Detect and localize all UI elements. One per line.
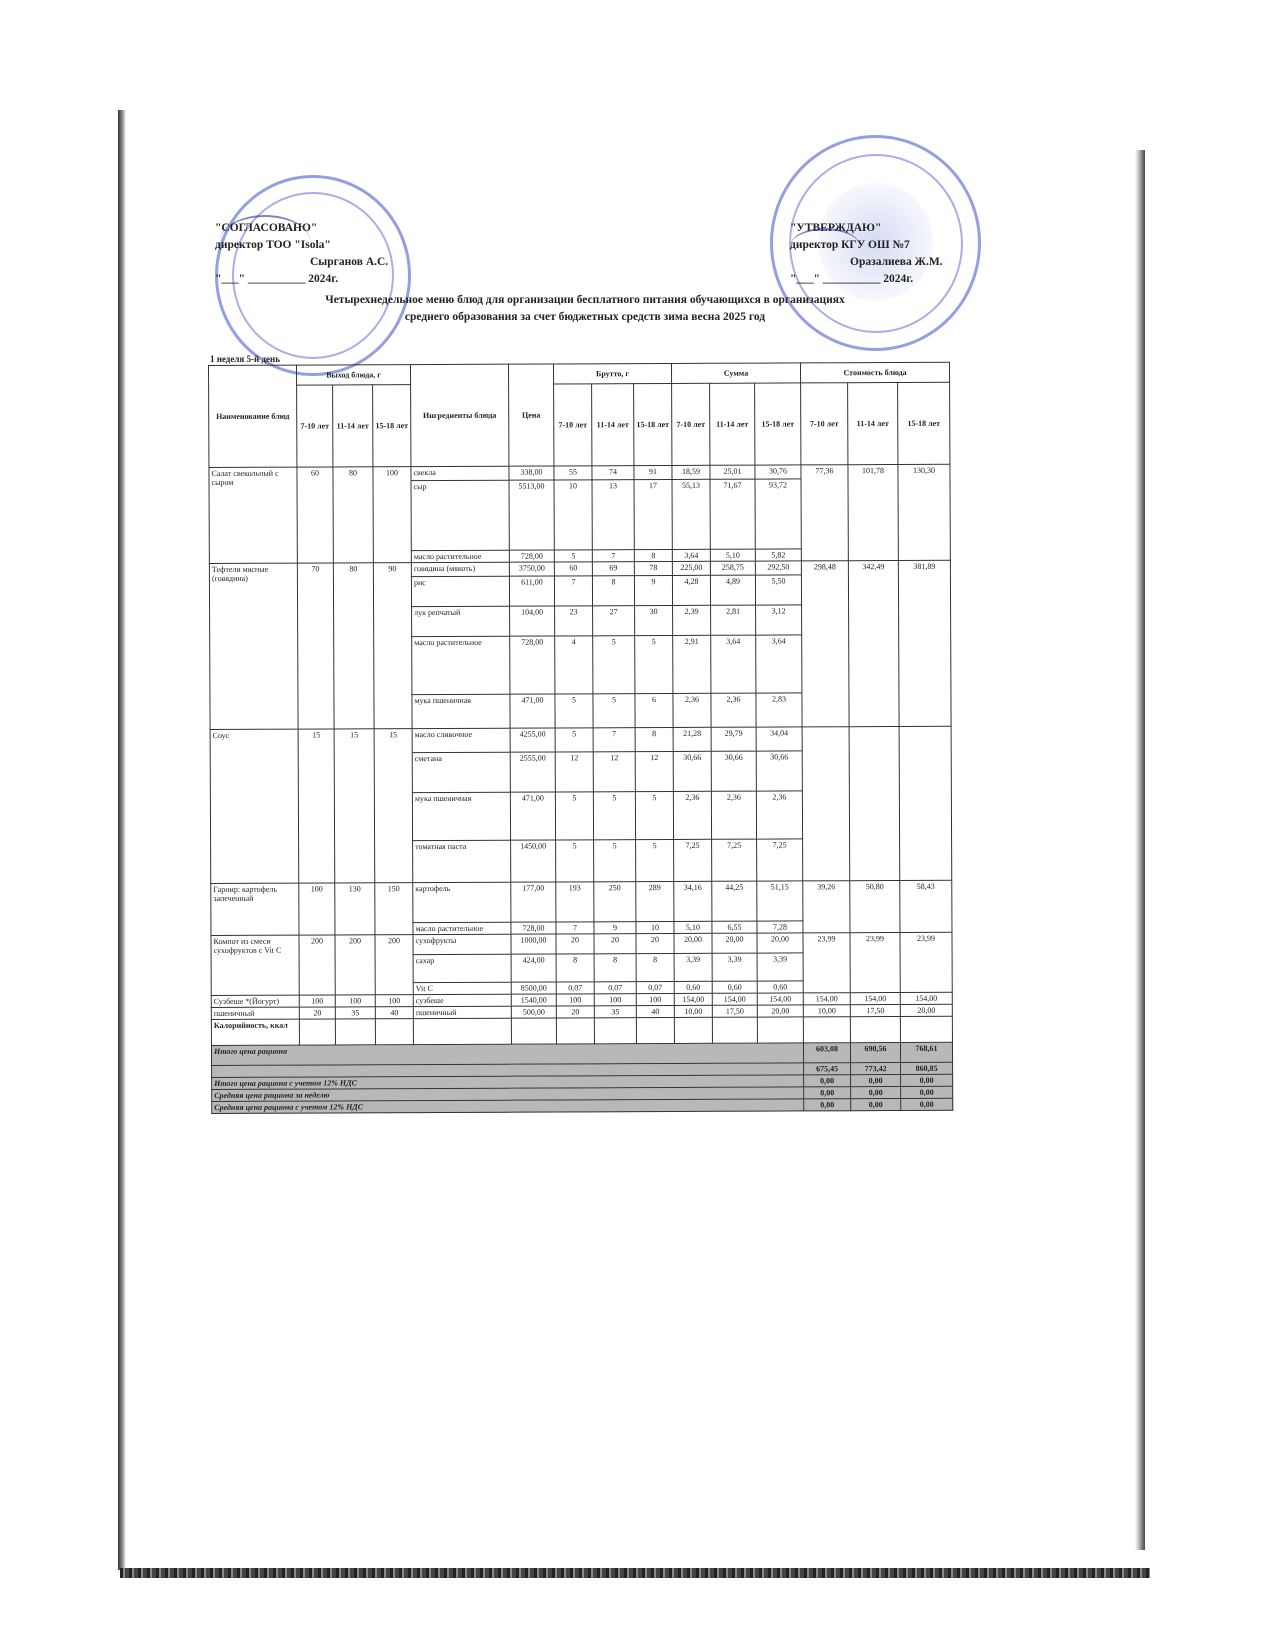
dish-cost xyxy=(802,727,850,881)
ingredient-sum: 2,36 xyxy=(673,791,711,839)
dish-yield: 100 xyxy=(335,995,375,1007)
ingredient-name: пшеничный xyxy=(413,1006,511,1018)
ingredient-gross: 27 xyxy=(593,606,635,636)
ingredient-sum: 3,64 xyxy=(711,635,756,693)
dish-cost xyxy=(899,726,952,880)
dish-yield: 90 xyxy=(373,563,412,729)
ingredient-name: мука пшеничная xyxy=(412,792,510,840)
ingredient-sum: 55,13 xyxy=(672,479,710,549)
dish-cost: 101,78 xyxy=(848,464,898,560)
ingredient-sum: 30,76 xyxy=(755,465,801,479)
totals-value: 0,00 xyxy=(901,1086,953,1098)
dish-name: Тефтели мясные (говядина) xyxy=(209,563,298,729)
dish-yield: 80 xyxy=(333,467,373,563)
ingredient-gross: 6 xyxy=(635,693,673,727)
ingredient-price: 338,00 xyxy=(509,466,554,480)
ingredient-gross: 5 xyxy=(594,840,636,882)
ingredient-price: 1000,00 xyxy=(511,934,556,954)
week-label: 1 неделя 5-й день xyxy=(210,354,280,364)
header-age-15-18: 15-18 лет xyxy=(898,382,950,464)
ingredient-gross: 91 xyxy=(634,465,672,479)
empty-cell xyxy=(511,1018,556,1044)
ingredient-gross: 35 xyxy=(594,1006,636,1018)
ingredient-sum: 29,79 xyxy=(711,727,756,751)
ingredient-sum: 7,25 xyxy=(757,839,803,881)
ingredient-name: мука пшеничная xyxy=(412,694,510,728)
dish-yield: 200 xyxy=(375,935,413,995)
empty-cell xyxy=(900,1016,952,1042)
empty-cell xyxy=(636,1017,674,1043)
ingredient-gross: 55 xyxy=(554,466,592,480)
ingredient-sum: 4,28 xyxy=(672,575,710,605)
ingredient-sum: 7,25 xyxy=(712,839,757,881)
ingredient-sum: 93,72 xyxy=(755,479,801,549)
dish-name: Компот из смеси сухофруктов с Vit C xyxy=(211,935,299,995)
ingredient-sum: 2,91 xyxy=(673,635,711,693)
signature-left xyxy=(220,215,310,267)
totals-value: 0,00 xyxy=(804,1087,851,1099)
ingredient-sum: 0,60 xyxy=(757,981,803,993)
ingredient-name: масло растительное xyxy=(411,550,509,562)
ingredient-gross: 7 xyxy=(556,922,594,934)
dish-yield: 15 xyxy=(374,729,413,883)
ingredient-sum: 4,89 xyxy=(710,575,755,605)
empty-cell xyxy=(803,1017,850,1043)
calories-label: Калорийность, ккал xyxy=(211,1019,299,1045)
ingredient-name: сахар xyxy=(413,954,511,982)
totals-value: 0,00 xyxy=(851,1086,901,1098)
ingredient-sum: 21,28 xyxy=(673,727,711,751)
ingredient-gross: 7 xyxy=(554,576,592,606)
ingredient-gross: 20 xyxy=(636,933,674,953)
ingredient-sum: 2,36 xyxy=(756,791,802,839)
ingredient-sum: 34,16 xyxy=(674,881,712,921)
header-price: Цена xyxy=(508,364,553,466)
title-line-2: среднего образования за счет бюджетных с… xyxy=(305,309,865,326)
header-yield: Выход блюда, г xyxy=(297,365,411,385)
ingredient-sum: 2,36 xyxy=(711,693,756,727)
ingredient-gross: 10 xyxy=(636,921,674,933)
totals-label: Средняя цена рациона с учетом 12% НДС xyxy=(212,1099,804,1114)
ingredient-gross: 20 xyxy=(556,934,594,954)
totals-value: 860,85 xyxy=(901,1062,953,1074)
header-age-11-14: 11-14 лет xyxy=(710,383,755,465)
ingredient-sum: 44,25 xyxy=(712,881,757,921)
ingredient-gross: 13 xyxy=(592,480,634,550)
ingredient-gross: 100 xyxy=(636,993,674,1005)
ingredient-sum: 3,64 xyxy=(756,635,802,693)
header-gross: Брутто, г xyxy=(553,363,671,384)
dish-cost: 298,48 xyxy=(801,561,849,727)
ingredient-sum: 3,39 xyxy=(757,953,803,981)
ingredient-sum: 154,00 xyxy=(674,993,712,1005)
dish-cost: 20,00 xyxy=(900,1004,952,1016)
ingredient-gross: 20 xyxy=(556,1006,594,1018)
ingredient-sum: 3,64 xyxy=(672,549,710,561)
ingredient-sum: 20,00 xyxy=(757,933,803,953)
dish-name: Гарнир: картофель запеченный xyxy=(211,883,299,935)
header-age-11-14: 11-14 лет xyxy=(848,382,898,464)
dish-name: Салат свекольный с сыром xyxy=(209,467,297,563)
ingredient-price: 471,00 xyxy=(510,792,555,840)
ingredient-gross: 8 xyxy=(594,954,636,982)
empty-cell xyxy=(375,1019,413,1045)
ingredient-gross: 5 xyxy=(555,694,593,728)
ingredient-gross: 40 xyxy=(636,1005,674,1017)
ingredient-gross: 100 xyxy=(556,994,594,1006)
ingredient-gross: 100 xyxy=(594,994,636,1006)
ingredient-price: 177,00 xyxy=(511,882,556,922)
ingredient-sum: 2,81 xyxy=(711,605,756,635)
ingredient-gross: 7 xyxy=(592,550,634,562)
dish-cost: 154,00 xyxy=(900,992,952,1004)
dish-yield: 20 xyxy=(299,1007,335,1019)
ingredient-gross: 0,07 xyxy=(556,982,594,994)
dish-yield: 70 xyxy=(297,563,334,729)
dish-name: Соус xyxy=(210,729,299,883)
calories-row: Калорийность, ккал xyxy=(211,1016,952,1045)
ingredient-gross: 30 xyxy=(635,605,673,635)
totals-value: 0,00 xyxy=(804,1075,851,1087)
dish-cost: 154,00 xyxy=(803,993,850,1005)
ingredient-name: Vit C xyxy=(413,982,511,994)
dish-cost: 23,99 xyxy=(850,932,900,992)
ingredient-gross: 5 xyxy=(554,550,592,562)
header-sum: Сумма xyxy=(671,363,800,384)
ingredient-gross: 9 xyxy=(634,575,672,605)
dish-cost: 154,00 xyxy=(850,992,900,1004)
ingredient-price: 611,00 xyxy=(509,576,554,606)
scan-edge-left xyxy=(118,110,126,1570)
dish-yield: 100 xyxy=(373,467,411,563)
ingredient-gross: 23 xyxy=(555,606,593,636)
dish-yield: 130 xyxy=(335,883,375,935)
ingredient-sum: 5,82 xyxy=(755,549,801,561)
header-ingredients: Ингредиенты блюда xyxy=(411,364,509,466)
header-age-7-10: 7-10 лет xyxy=(554,384,592,466)
header-age-7-10: 7-10 лет xyxy=(801,383,848,465)
ingredient-gross: 74 xyxy=(592,466,634,480)
empty-cell xyxy=(712,1017,757,1043)
empty-cell xyxy=(594,1018,636,1044)
dish-cost: 130,30 xyxy=(898,464,950,560)
ingredient-sum: 34,04 xyxy=(756,727,802,751)
empty-cell xyxy=(556,1018,594,1044)
ingredient-gross: 8 xyxy=(556,954,594,982)
totals-label: Итого цена рациона xyxy=(211,1043,803,1066)
ingredient-sum: 0,60 xyxy=(712,981,757,993)
ingredient-price: 104,00 xyxy=(510,606,555,636)
ingredient-sum: 2,36 xyxy=(673,693,711,727)
ingredient-gross: 5 xyxy=(593,792,635,840)
ingredient-name: масло растительное xyxy=(413,922,511,934)
ingredient-sum: 20,00 xyxy=(757,1005,803,1017)
ingredient-sum: 292,50 xyxy=(755,561,801,575)
signature-right xyxy=(790,228,860,265)
ingredient-sum: 3,12 xyxy=(756,605,802,635)
table-row: Соус151515масло сливочное4255,0057821,28… xyxy=(210,726,951,753)
ingredient-gross: 5 xyxy=(593,694,635,728)
dish-yield: 15 xyxy=(298,729,335,883)
ingredient-sum: 5,50 xyxy=(755,575,801,605)
dish-cost: 39,26 xyxy=(803,881,850,933)
ingredient-gross: 5 xyxy=(555,728,593,752)
ingredient-gross: 69 xyxy=(592,562,634,576)
totals-value: 0,00 xyxy=(851,1098,901,1110)
dish-cost: 10,00 xyxy=(803,1005,850,1017)
header-age-7-10: 7-10 лет xyxy=(672,383,710,465)
ingredient-gross: 8 xyxy=(635,727,673,751)
ingredient-gross: 12 xyxy=(593,752,635,792)
ingredient-sum: 18,59 xyxy=(672,465,710,479)
dish-yield: 40 xyxy=(375,1007,413,1019)
dish-cost: 23,99 xyxy=(803,933,850,993)
scan-edge-bottom xyxy=(120,1568,1150,1578)
ingredient-sum: 6,55 xyxy=(712,921,757,933)
ingredient-sum: 20,00 xyxy=(674,933,712,953)
totals-value: 0,00 xyxy=(851,1074,901,1086)
ingredient-name: лук репчатый xyxy=(412,606,510,636)
dish-cost: 58,43 xyxy=(900,880,952,932)
ingredient-sum: 3,39 xyxy=(674,953,712,981)
header-cost: Стоимость блюда xyxy=(800,362,949,383)
ingredient-price: 1540,00 xyxy=(511,994,556,1006)
header-dish-name: Наименование блюд xyxy=(209,365,297,467)
table-row: Компот из смеси сухофруктов с Vit C20020… xyxy=(211,932,952,955)
ingredient-gross: 5 xyxy=(635,791,673,839)
header-age-11-14: 11-14 лет xyxy=(592,384,634,466)
ingredient-sum: 17,50 xyxy=(712,1005,757,1017)
totals-value: 0,00 xyxy=(901,1098,953,1110)
ingredient-price: 8500,00 xyxy=(511,982,556,994)
ingredient-gross: 60 xyxy=(554,562,592,576)
dish-cost: 23,99 xyxy=(900,932,952,992)
header-age-15-18: 15-18 лет xyxy=(634,383,672,465)
ingredient-name: масло растительное xyxy=(412,636,510,694)
ingredient-gross: 0,07 xyxy=(594,982,636,994)
ingredient-name: рис xyxy=(411,576,509,606)
ingredient-sum: 225,00 xyxy=(672,561,710,575)
ingredient-name: сыр xyxy=(411,480,509,550)
ingredient-gross: 5 xyxy=(635,635,673,693)
ingredient-sum: 20,00 xyxy=(712,933,757,953)
ingredient-gross: 12 xyxy=(635,751,673,791)
ingredient-sum: 154,00 xyxy=(712,993,757,1005)
ingredient-gross: 4 xyxy=(555,636,593,694)
dish-yield: 15 xyxy=(334,729,375,883)
ingredient-name: сузбеше xyxy=(413,994,511,1006)
dish-yield: 35 xyxy=(335,1007,375,1019)
empty-cell xyxy=(674,1017,712,1043)
dish-yield: 60 xyxy=(297,467,333,563)
totals-value: 0,00 xyxy=(901,1074,953,1086)
ingredient-price: 3750,00 xyxy=(509,562,554,576)
dish-cost: 50,80 xyxy=(850,880,900,932)
ingredient-sum: 10,00 xyxy=(674,1005,712,1017)
dish-name: пшеничный xyxy=(211,1007,299,1019)
dish-yield: 200 xyxy=(299,935,335,995)
totals-row: Средняя цена рациона с учетом 12% НДС0,0… xyxy=(212,1098,953,1113)
totals-value: 773,42 xyxy=(851,1062,901,1074)
dish-yield: 100 xyxy=(299,995,335,1007)
ingredient-name: томатная паста xyxy=(413,840,511,882)
ingredient-sum: 258,75 xyxy=(710,561,755,575)
ingredient-price: 5513,00 xyxy=(509,480,554,550)
document-title: Четырехнедельное меню блюд для организац… xyxy=(305,292,865,326)
ingredient-price: 424,00 xyxy=(511,954,556,982)
table-row: Гарнир: картофель запеченный100130150кар… xyxy=(211,880,952,923)
ingredient-sum: 30,66 xyxy=(756,751,802,791)
dish-yield: 200 xyxy=(335,935,375,995)
ingredient-sum: 2,83 xyxy=(756,693,802,727)
ingredient-name: сметана xyxy=(412,752,510,792)
header-age-7-10: 7-10 лет xyxy=(297,385,333,467)
ingredient-price: 4255,00 xyxy=(510,728,555,752)
ingredient-gross: 78 xyxy=(634,561,672,575)
ingredient-price: 728,00 xyxy=(510,636,555,694)
ingredient-name: сухофрукты xyxy=(413,934,511,954)
ingredient-gross: 250 xyxy=(594,882,636,922)
ingredient-sum: 2,39 xyxy=(673,605,711,635)
ingredient-gross: 289 xyxy=(636,881,674,921)
dish-yield: 150 xyxy=(375,883,413,935)
dish-yield: 100 xyxy=(299,883,335,935)
ingredient-gross: 9 xyxy=(594,922,636,934)
ingredient-gross: 20 xyxy=(594,934,636,954)
empty-cell xyxy=(850,1016,900,1042)
totals-value: 603,08 xyxy=(803,1043,850,1063)
empty-cell xyxy=(757,1017,803,1043)
ingredient-gross: 5 xyxy=(555,792,593,840)
ingredient-sum: 2,36 xyxy=(711,791,756,839)
empty-cell xyxy=(335,1019,375,1045)
ingredient-sum: 30,66 xyxy=(673,751,711,791)
totals-value: 0,00 xyxy=(804,1099,851,1111)
ingredient-gross: 10 xyxy=(554,480,592,550)
ingredient-price: 728,00 xyxy=(511,922,556,934)
header-age-15-18: 15-18 лет xyxy=(755,383,801,465)
empty-cell xyxy=(299,1019,335,1045)
ingredient-name: картофель xyxy=(413,882,511,922)
ingredient-sum: 3,39 xyxy=(712,953,757,981)
ingredient-sum: 30,66 xyxy=(711,751,756,791)
ingredient-gross: 5 xyxy=(556,840,594,882)
menu-body: Салат свекольный с сыром6080100свекла338… xyxy=(209,464,953,1113)
ingredient-sum: 0,60 xyxy=(674,981,712,993)
ingredient-sum: 7,25 xyxy=(674,839,712,881)
dish-cost: 381,89 xyxy=(898,560,951,726)
header-age-15-18: 15-18 лет xyxy=(373,385,411,467)
totals-value: 690,56 xyxy=(850,1042,900,1062)
ingredient-gross: 8 xyxy=(634,549,672,561)
ingredient-gross: 12 xyxy=(555,752,593,792)
header-age-11-14: 11-14 лет xyxy=(333,385,373,467)
ingredient-price: 500,00 xyxy=(511,1006,556,1018)
ingredient-sum: 25,01 xyxy=(710,465,755,479)
ingredient-gross: 0,07 xyxy=(636,981,674,993)
ingredient-gross: 8 xyxy=(592,576,634,606)
scan-edge-right xyxy=(1135,150,1145,1550)
ingredient-sum: 5,10 xyxy=(674,921,712,933)
totals-value: 768,61 xyxy=(900,1042,952,1062)
approval-date: "___" __________ 2024г. xyxy=(215,271,388,288)
ingredient-gross: 5 xyxy=(593,636,635,694)
ingredient-gross: 193 xyxy=(556,882,594,922)
dish-cost: 342,49 xyxy=(848,560,899,726)
dish-yield: 100 xyxy=(375,995,413,1007)
ingredient-sum: 5,10 xyxy=(710,549,755,561)
ingredient-price: 2555,00 xyxy=(510,752,555,792)
ingredient-sum: 71,67 xyxy=(710,479,755,549)
ingredient-gross: 8 xyxy=(636,953,674,981)
ingredient-gross: 17 xyxy=(634,479,672,549)
title-line-1: Четырехнедельное меню блюд для организац… xyxy=(305,292,865,309)
ingredient-sum: 7,28 xyxy=(757,921,803,933)
ingredient-name: свекла xyxy=(411,466,509,480)
ingredient-gross: 7 xyxy=(593,728,635,752)
ingredient-sum: 154,00 xyxy=(757,993,803,1005)
ingredient-name: масло сливочное xyxy=(412,728,510,752)
ingredient-price: 1450,00 xyxy=(511,840,556,882)
dish-cost: 77,36 xyxy=(801,465,848,561)
dish-cost: 17,50 xyxy=(850,1004,900,1016)
dish-yield: 80 xyxy=(333,563,374,729)
dish-cost xyxy=(849,726,900,880)
menu-table: Наименование блюд Выход блюда, г Ингреди… xyxy=(208,362,953,1114)
ingredient-price: 471,00 xyxy=(510,694,555,728)
ingredient-sum: 51,15 xyxy=(757,881,803,921)
ingredient-name: говядина (мякоть) xyxy=(411,562,509,576)
ingredient-price: 728,00 xyxy=(509,550,554,562)
approval-date: "___" __________ 2024г. xyxy=(790,271,943,288)
totals-value: 675,45 xyxy=(804,1063,851,1075)
ingredient-gross: 5 xyxy=(636,839,674,881)
empty-cell xyxy=(413,1018,511,1044)
dish-name: Сузбеше *(Йогурт) xyxy=(211,995,299,1007)
